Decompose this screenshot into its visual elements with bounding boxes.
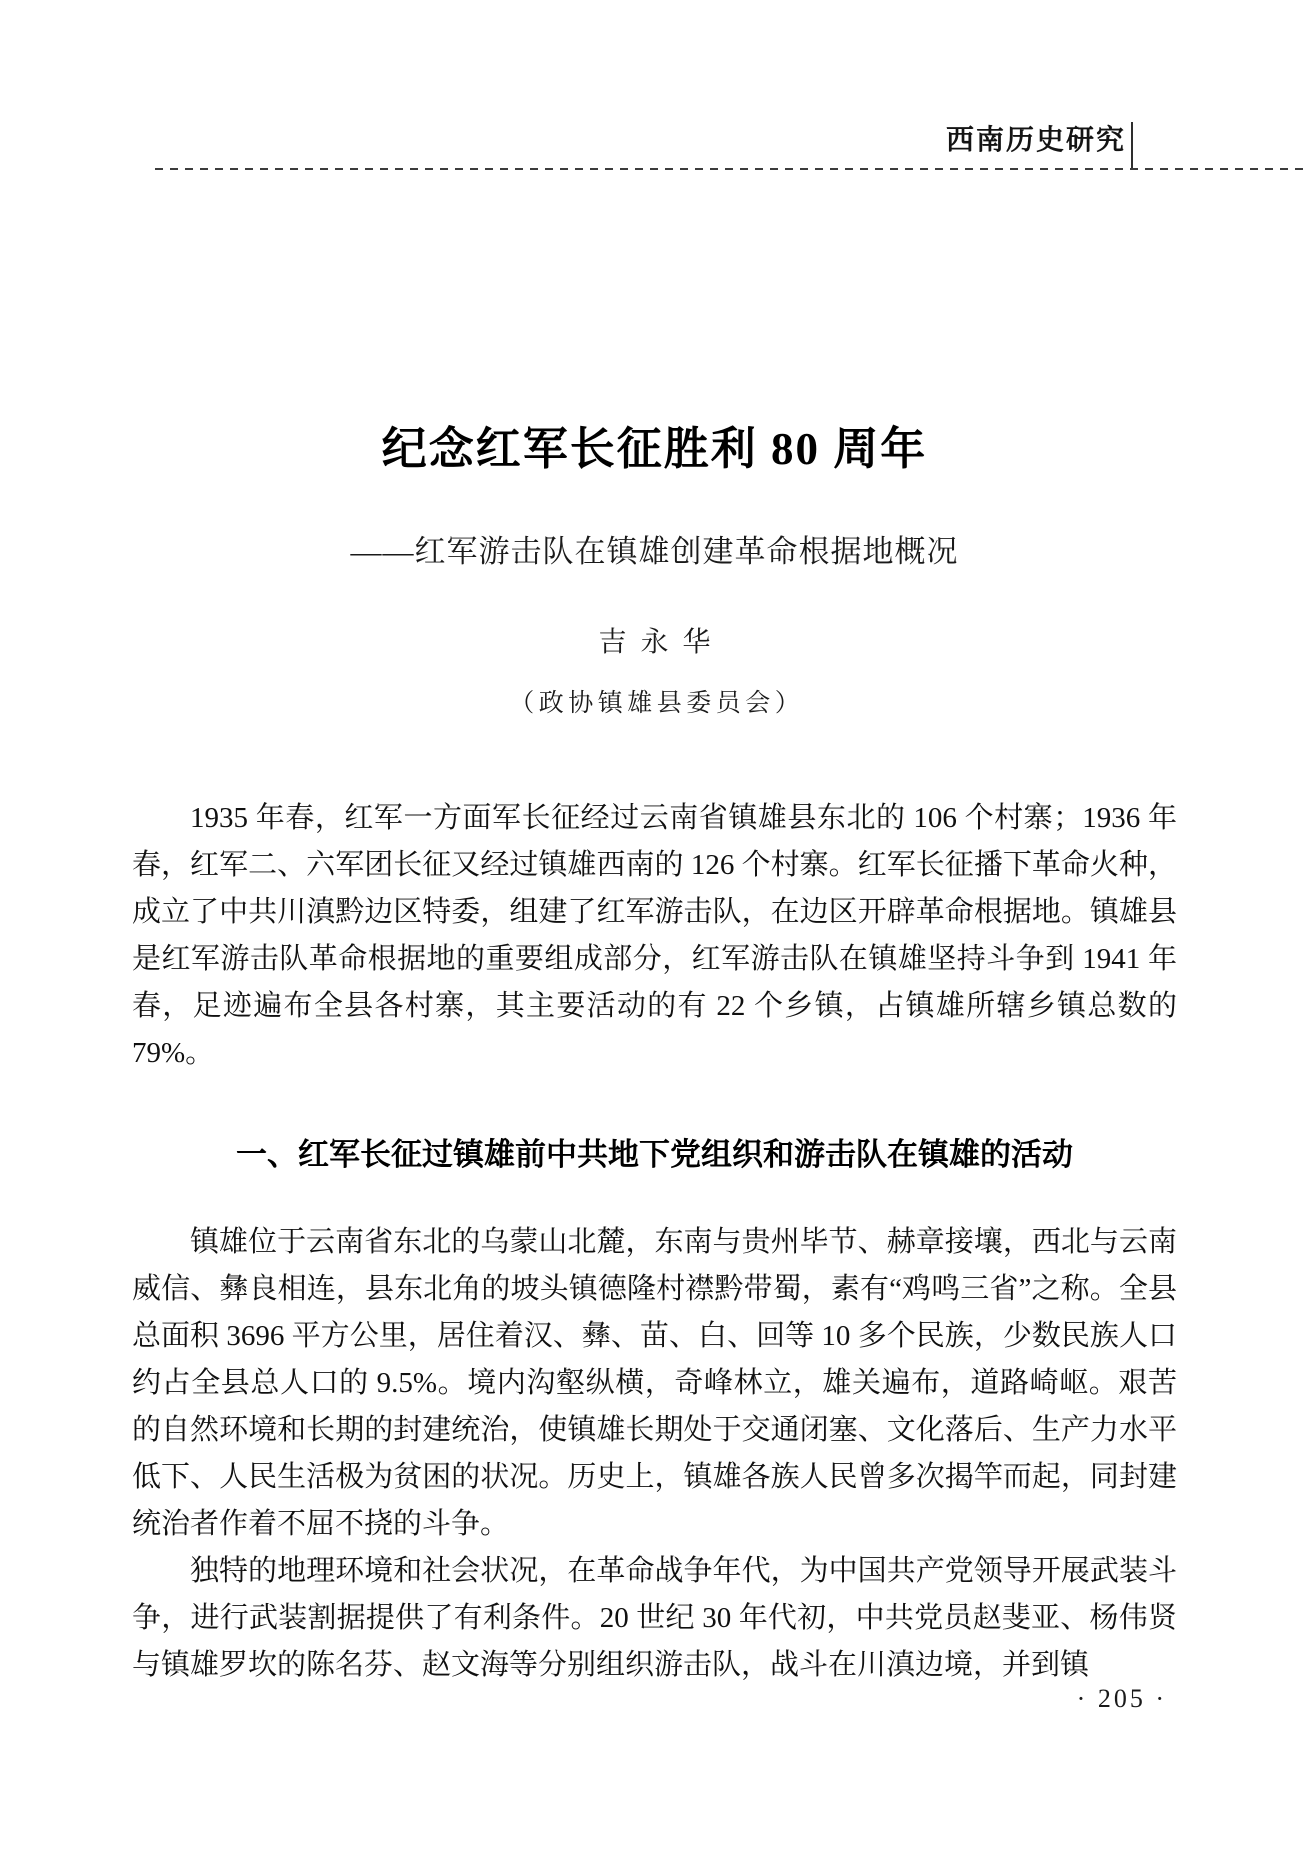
article-subtitle: ——红军游击队在镇雄创建革命根据地概况: [132, 532, 1177, 572]
section-heading-1: 一、红军长征过镇雄前中共地下党组织和游击队在镇雄的活动: [132, 1135, 1177, 1175]
article-author: 吉永华: [132, 625, 1177, 661]
article-title: 纪念红军长征胜利 80 周年: [132, 420, 1177, 478]
article-column: 纪念红军长征胜利 80 周年 ——红军游击队在镇雄创建革命根据地概况 吉永华 （…: [132, 0, 1177, 1689]
document-page: 西南历史研究 纪念红军长征胜利 80 周年 ——红军游击队在镇雄创建革命根据地概…: [0, 0, 1307, 1859]
paragraph-geography: 镇雄位于云南省东北的乌蒙山北麓，东南与贵州毕节、赫章接壤，西北与云南威信、彝良相…: [132, 1219, 1177, 1548]
article-affiliation: （政协镇雄县委员会）: [132, 688, 1177, 720]
page-number: · 205 ·: [1077, 1684, 1167, 1714]
paragraph-intro: 1935 年春，红军一方面军长征经过云南省镇雄县东北的 106 个村寨；1936…: [132, 795, 1177, 1077]
paragraph-guerrilla-activity: 独特的地理环境和社会状况，在革命战争年代，为中国共产党领导开展武装斗争，进行武装…: [132, 1548, 1177, 1689]
